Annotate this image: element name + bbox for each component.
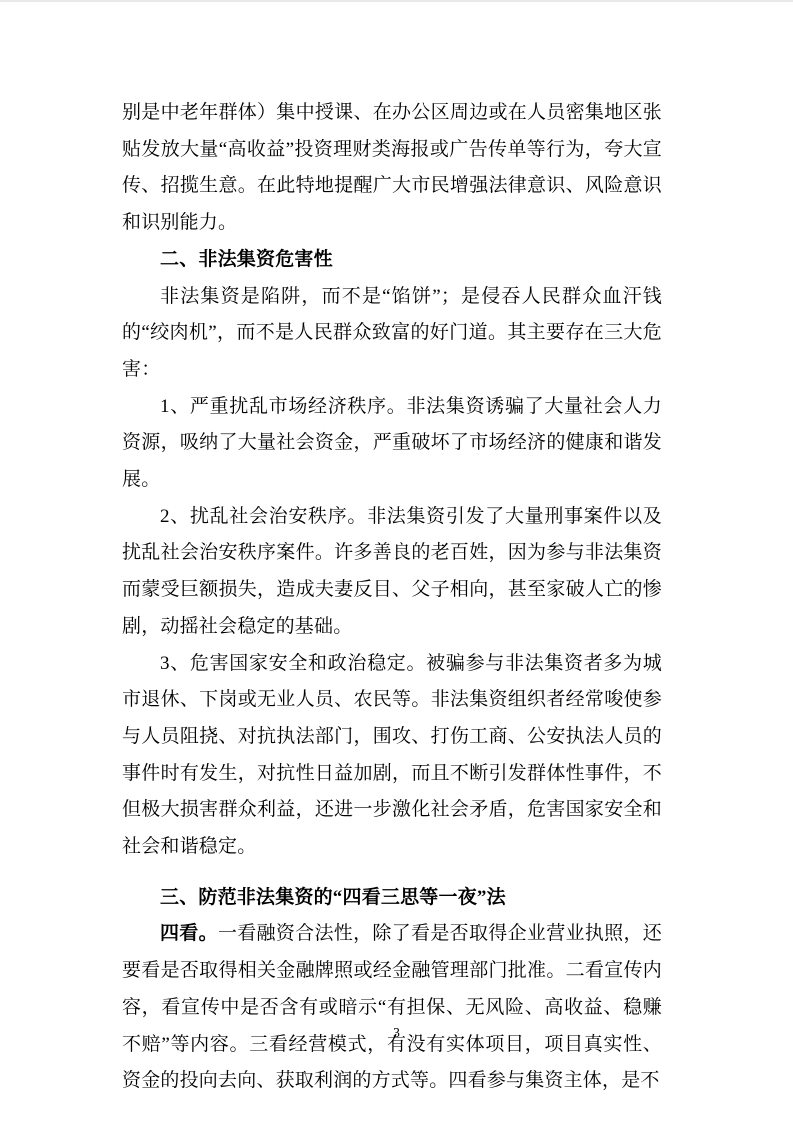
paragraph-harm-2: 2、扰乱社会治安秩序。非法集资引发了大量刑事案件以及扰乱社会治安秩序案件。许多善… — [122, 499, 662, 646]
paragraph-harm-3: 3、危害国家安全和政治稳定。被骗参与非法集资者多为城市退休、下岗或无业人员、农民… — [122, 646, 662, 866]
paragraph-harm-1: 1、严重扰乱市场经济秩序。非法集资诱骗了大量社会人力资源，吸纳了大量社会资金，严… — [122, 389, 662, 499]
paragraph-four-looks-lead: 四看。 — [160, 923, 218, 944]
page-number: 3 — [0, 1024, 793, 1042]
section-heading-prevention: 三、防范非法集资的“四看三思等一夜”法 — [122, 880, 662, 917]
paragraph-continuation: 别是中老年群体）集中授课、在办公区周边或在人员密集地区张贴发放大量“高收益”投资… — [122, 95, 662, 242]
paragraph-four-looks: 四看。一看融资合法性，除了看是否取得企业营业执照，还要看是否取得相关金融牌照或经… — [122, 916, 662, 1100]
page-top-edge — [0, 0, 793, 2]
paragraph-four-looks-body: 一看融资合法性，除了看是否取得企业营业执照，还要看是否取得相关金融牌照或经金融管… — [122, 923, 662, 1091]
document-page: 别是中老年群体）集中授课、在办公区周边或在人员密集地区张贴发放大量“高收益”投资… — [0, 0, 793, 1122]
paragraph-intro: 非法集资是陷阱，而不是“馅饼”；是侵吞人民群众血汗钱的“绞肉机”，而不是人民群众… — [122, 279, 662, 389]
document-body: 别是中老年群体）集中授课、在办公区周边或在人员密集地区张贴发放大量“高收益”投资… — [122, 95, 662, 1100]
section-heading-harms: 二、非法集资危害性 — [122, 242, 662, 279]
